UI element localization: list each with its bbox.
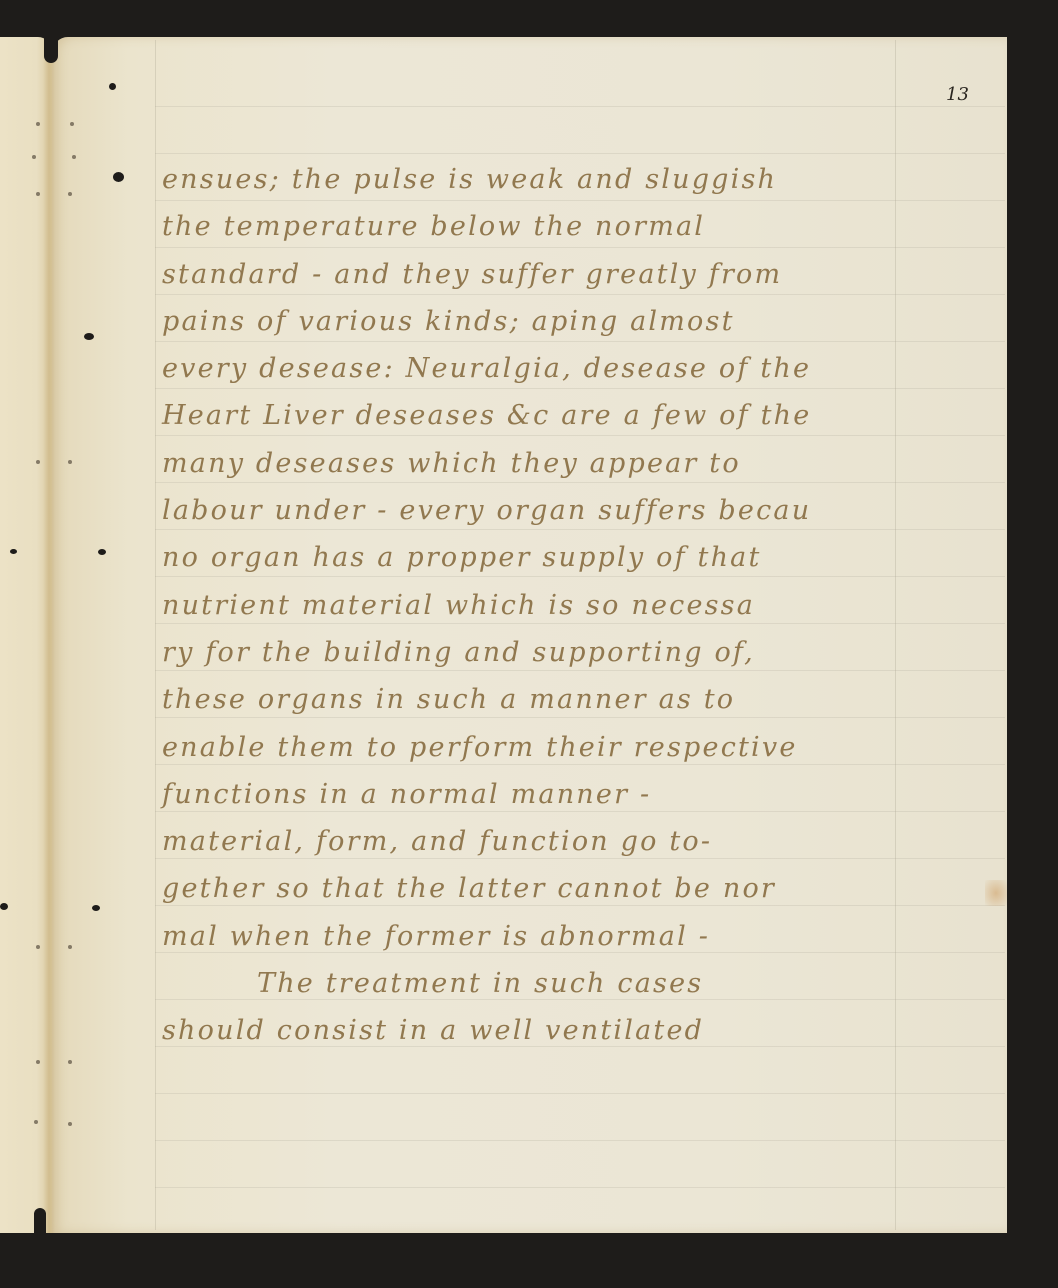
text-line: standard - and they suffer greatly from xyxy=(162,251,922,298)
foxing-stain xyxy=(985,880,1007,906)
text-line: mal when the former is abnormal - xyxy=(162,913,922,960)
pin-hole xyxy=(68,945,72,949)
pin-hole xyxy=(68,1122,72,1126)
pin-hole xyxy=(68,192,72,196)
text-line: Heart Liver deseases &c are a few of the xyxy=(162,392,922,439)
text-line: material, form, and function go to- xyxy=(162,818,922,865)
pin-hole xyxy=(68,460,72,464)
binding-hole xyxy=(98,549,106,555)
text-line: enable them to perform their respective xyxy=(162,724,922,771)
torn-notch-top xyxy=(44,37,58,63)
text-line: labour under - every organ suffers becau xyxy=(162,487,922,534)
binding-hole xyxy=(84,333,94,340)
text-line: pains of various kinds; aping almost xyxy=(162,298,922,345)
pin-hole xyxy=(36,945,40,949)
pin-hole xyxy=(36,460,40,464)
binding-hole xyxy=(0,903,8,910)
pin-hole xyxy=(72,155,76,159)
text-line: ry for the building and supporting of, xyxy=(162,629,922,676)
manuscript-scan: 13 ensues; the pulse is weak and sluggis… xyxy=(0,0,1058,1288)
left-margin-rule xyxy=(155,40,156,1230)
text-line: many deseases which they appear to xyxy=(162,440,922,487)
text-line: nutrient material which is so necessa xyxy=(162,582,922,629)
binding-hole xyxy=(109,83,116,90)
binding-hole xyxy=(113,172,124,182)
handwritten-text: ensues; the pulse is weak and sluggish t… xyxy=(162,156,922,1055)
text-line: functions in a normal manner - xyxy=(162,771,922,818)
text-line: the temperature below the normal xyxy=(162,203,922,250)
pin-hole xyxy=(70,122,74,126)
binding-hole xyxy=(10,549,17,554)
binding-gutter xyxy=(43,37,55,1233)
pin-hole xyxy=(68,1060,72,1064)
page-number: 13 xyxy=(946,84,969,105)
binding-hole xyxy=(92,905,100,911)
text-line: gether so that the latter cannot be nor xyxy=(162,865,922,912)
binding-hole xyxy=(35,1210,45,1224)
text-line: every desease: Neuralgia, desease of the xyxy=(162,345,922,392)
paragraph-start-line: The treatment in such cases xyxy=(162,960,922,1007)
text-line: these organs in such a manner as to xyxy=(162,676,922,723)
pin-hole xyxy=(36,122,40,126)
text-line: no organ has a propper supply of that xyxy=(162,534,922,581)
pin-hole xyxy=(34,1120,38,1124)
pin-hole xyxy=(36,192,40,196)
pin-hole xyxy=(36,1060,40,1064)
text-line: ensues; the pulse is weak and sluggish xyxy=(162,156,922,203)
pin-hole xyxy=(32,155,36,159)
text-line: should consist in a well ventilated xyxy=(162,1007,922,1054)
